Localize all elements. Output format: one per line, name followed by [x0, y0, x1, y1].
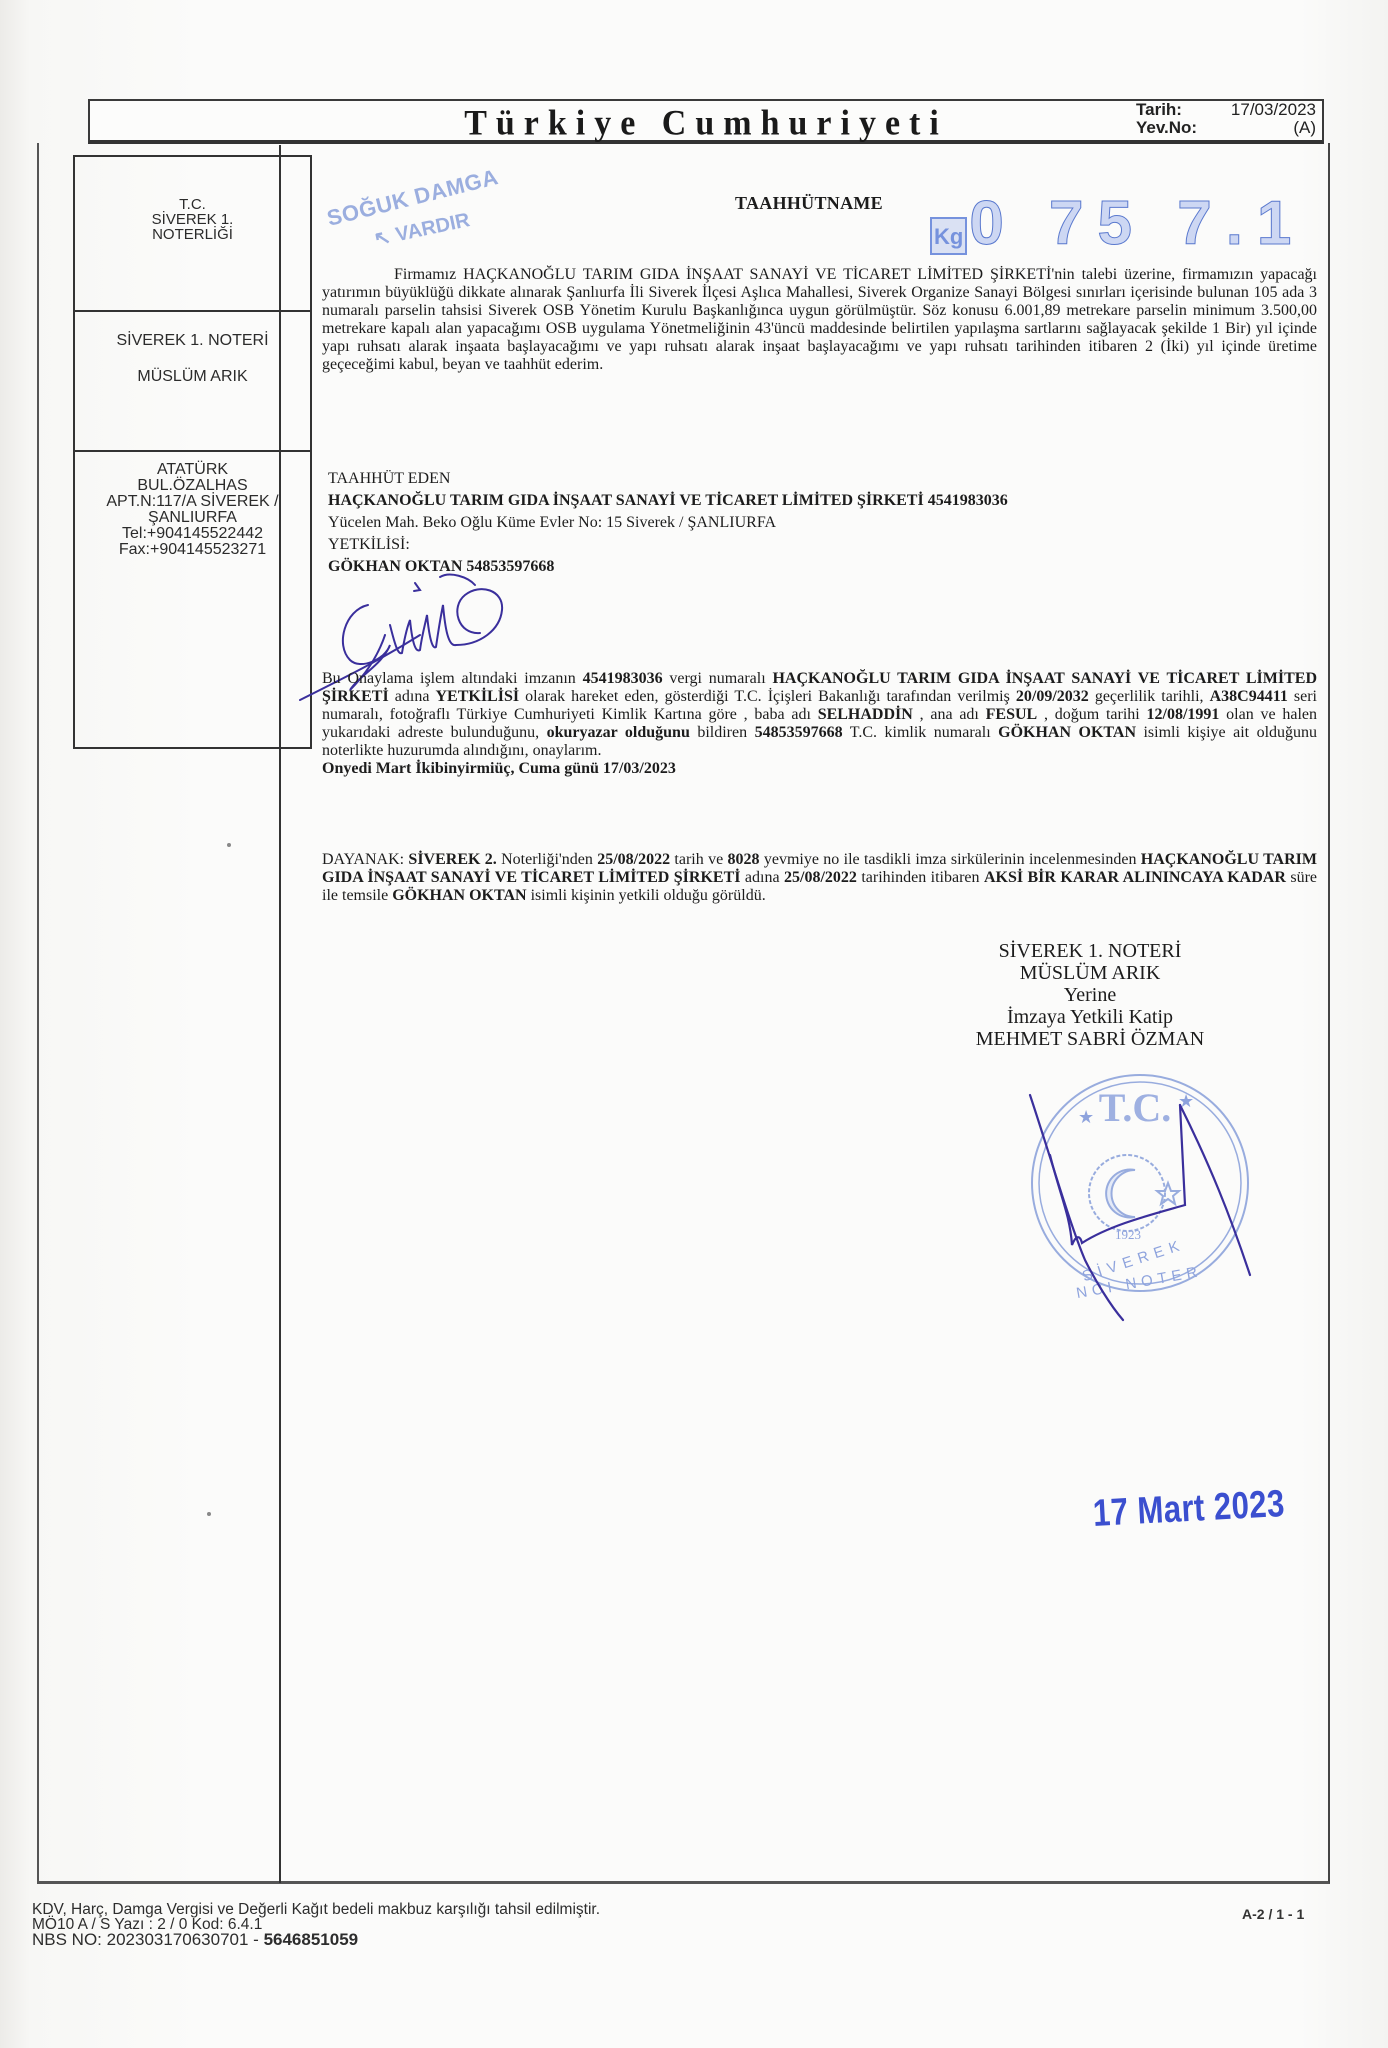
yev-value: (A) — [1293, 119, 1316, 137]
address-line: ŞANLIURFA — [75, 510, 310, 526]
seal-year: 1923 — [1115, 1227, 1141, 1242]
signoff-line: MEHMET SABRİ ÖZMAN — [900, 1028, 1280, 1050]
address-line: ATATÜRK — [75, 462, 310, 478]
address-line: BUL.ÖZALHAS — [75, 478, 310, 494]
serial-stamp: Kg 0 75 7.1 — [930, 185, 1305, 255]
document-page: Türkiye Cumhuriyeti Tarih:17/03/2023 Yev… — [0, 0, 1388, 2048]
svg-text:★: ★ — [1078, 1107, 1094, 1127]
office-line: NOTERLİĞİ — [75, 227, 310, 242]
approval-paragraph: Bu Onaylama işlem altındaki imzanın 4541… — [322, 670, 1317, 778]
header-band: Türkiye Cumhuriyeti Tarih:17/03/2023 Yev… — [88, 99, 1324, 144]
office-line: T.C. — [75, 197, 310, 212]
speck — [227, 843, 231, 847]
office-line: SİVEREK 1. — [75, 212, 310, 227]
notary-title: SİVEREK 1. NOTERİ — [75, 332, 310, 350]
signoff-line: İmzaya Yetkili Katip — [900, 1006, 1280, 1028]
header-meta: Tarih:17/03/2023 Yev.No:(A) — [1136, 101, 1316, 137]
document-title: TAAHHÜTNAME — [735, 193, 883, 214]
committer-address: Yücelen Mah. Beko Oğlu Küme Evler No: 15… — [328, 512, 1328, 534]
address-line: APT.N:117/A SİVEREK / — [75, 494, 310, 510]
notary-office-cell: T.C. SİVEREK 1. NOTERLİĞİ — [75, 157, 310, 312]
notary-seal: T.C. ★ ★ 1923 SİVEREK NCI NOTER — [1010, 1065, 1270, 1325]
date-label: Tarih: — [1136, 101, 1182, 119]
footer: KDV, Harç, Damga Vergisi ve Değerli Kağı… — [32, 1902, 600, 1947]
page-code: A-2 / 1 - 1 — [1242, 1906, 1304, 1922]
serial-prefix: Kg — [930, 217, 967, 255]
notary-address-cell: ATATÜRK BUL.ÖZALHAS APT.N:117/A SİVEREK … — [75, 452, 310, 747]
seal-tc: T.C. — [1099, 1085, 1172, 1130]
footer-fee-note: KDV, Harç, Damga Vergisi ve Değerli Kağı… — [32, 1902, 600, 1917]
serial-number: 0 75 7.1 — [969, 193, 1305, 255]
phone: Tel:+904145522442 — [75, 526, 310, 542]
footer-nbs-line: NBS NO: 202303170630701 - 5646851059 — [32, 1932, 600, 1947]
approval-date-line: Onyedi Mart İkibinyirmiüç, Cuma günü 17/… — [322, 760, 676, 777]
basis-paragraph: DAYANAK: SİVEREK 2. Noterliği'nden 25/08… — [322, 851, 1317, 905]
date-value: 17/03/2023 — [1231, 101, 1316, 119]
committer-label: TAAHHÜT EDEN — [328, 468, 1328, 490]
committer-company-line: HAÇKANOĞLU TARIM GIDA İNŞAAT SANAYİ VE T… — [328, 490, 1328, 512]
speck — [207, 1512, 211, 1516]
notary-name-cell: SİVEREK 1. NOTERİ MÜSLÜM ARIK — [75, 312, 310, 452]
fax: Fax:+904145523271 — [75, 542, 310, 558]
signoff-line: SİVEREK 1. NOTERİ — [900, 940, 1280, 962]
notary-signoff: SİVEREK 1. NOTERİ MÜSLÜM ARIK Yerine İmz… — [900, 940, 1280, 1050]
notary-sidebar: T.C. SİVEREK 1. NOTERLİĞİ SİVEREK 1. NOT… — [73, 155, 312, 749]
authorized-label: YETKİLİSİ: — [328, 534, 1328, 556]
signoff-line: Yerine — [900, 984, 1280, 1006]
signoff-line: MÜSLÜM ARIK — [900, 962, 1280, 984]
yev-label: Yev.No: — [1136, 119, 1197, 137]
cold-stamp: SOĞUK DAMGA ↖ VARDIR — [325, 175, 515, 255]
commitment-paragraph: Firmamız HAÇKANOĞLU TARIM GIDA İNŞAAT SA… — [322, 266, 1317, 374]
notary-name: MÜSLÜM ARIK — [75, 368, 310, 386]
committer-block: TAAHHÜT EDEN HAÇKANOĞLU TARIM GIDA İNŞAA… — [328, 468, 1328, 578]
